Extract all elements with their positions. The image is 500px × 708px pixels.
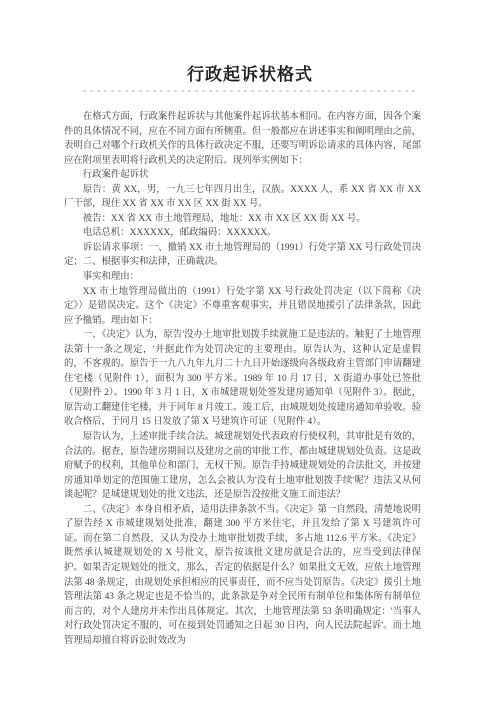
- paragraph: 原告认为，上述审批手续合法。城建规划处代表政府行使权利，其审批是有效的，合法的。…: [64, 430, 421, 503]
- paragraph: 电话总机：XXXXXX，邮政编码：XXXXXX。: [64, 226, 421, 241]
- paragraph: 二、《决定》本身自相矛盾，适用法律条款不当。《决定》第一自然段，清楚地说明了原告…: [64, 503, 421, 648]
- paragraph: 行政案件起诉状: [64, 168, 421, 183]
- dashed-divider: [83, 90, 417, 92]
- page-title: 行政起诉状格式: [0, 60, 500, 85]
- paragraph: 事实和理由：: [64, 270, 421, 285]
- paragraph: 被告：XX 省 XX 市土地管理局，地址：XX 市 XX 区 XX 街 XX 号…: [64, 212, 421, 227]
- paragraph: XX 市土地管理局做出的（1991）行处字第 XX 号行政处罚决定（以下简称《决…: [64, 285, 421, 329]
- paragraph: 一、《决定》认为，原告'没办土地审批划拨手续就施工是违法的。触犯了土地管理法第十…: [64, 328, 421, 430]
- document-body: 在格式方面，行政案件起诉状与其他案件起诉状基本相同。在内容方面，因各个案件的具体…: [64, 110, 421, 648]
- paragraph: 诉讼请求事项：一、撤销 XX 市土地管理局的（1991）行处字第 XX 号行政处…: [64, 241, 421, 270]
- document-page: 行政起诉状格式 在格式方面，行政案件起诉状与其他案件起诉状基本相同。在内容方面，…: [0, 0, 500, 708]
- paragraph: 在格式方面，行政案件起诉状与其他案件起诉状基本相同。在内容方面，因各个案件的具体…: [64, 110, 421, 168]
- paragraph: 原告：黄 XX，男，一九三七年四月出生，汉族。XXXX 人，系 XX 省 XX …: [64, 183, 421, 212]
